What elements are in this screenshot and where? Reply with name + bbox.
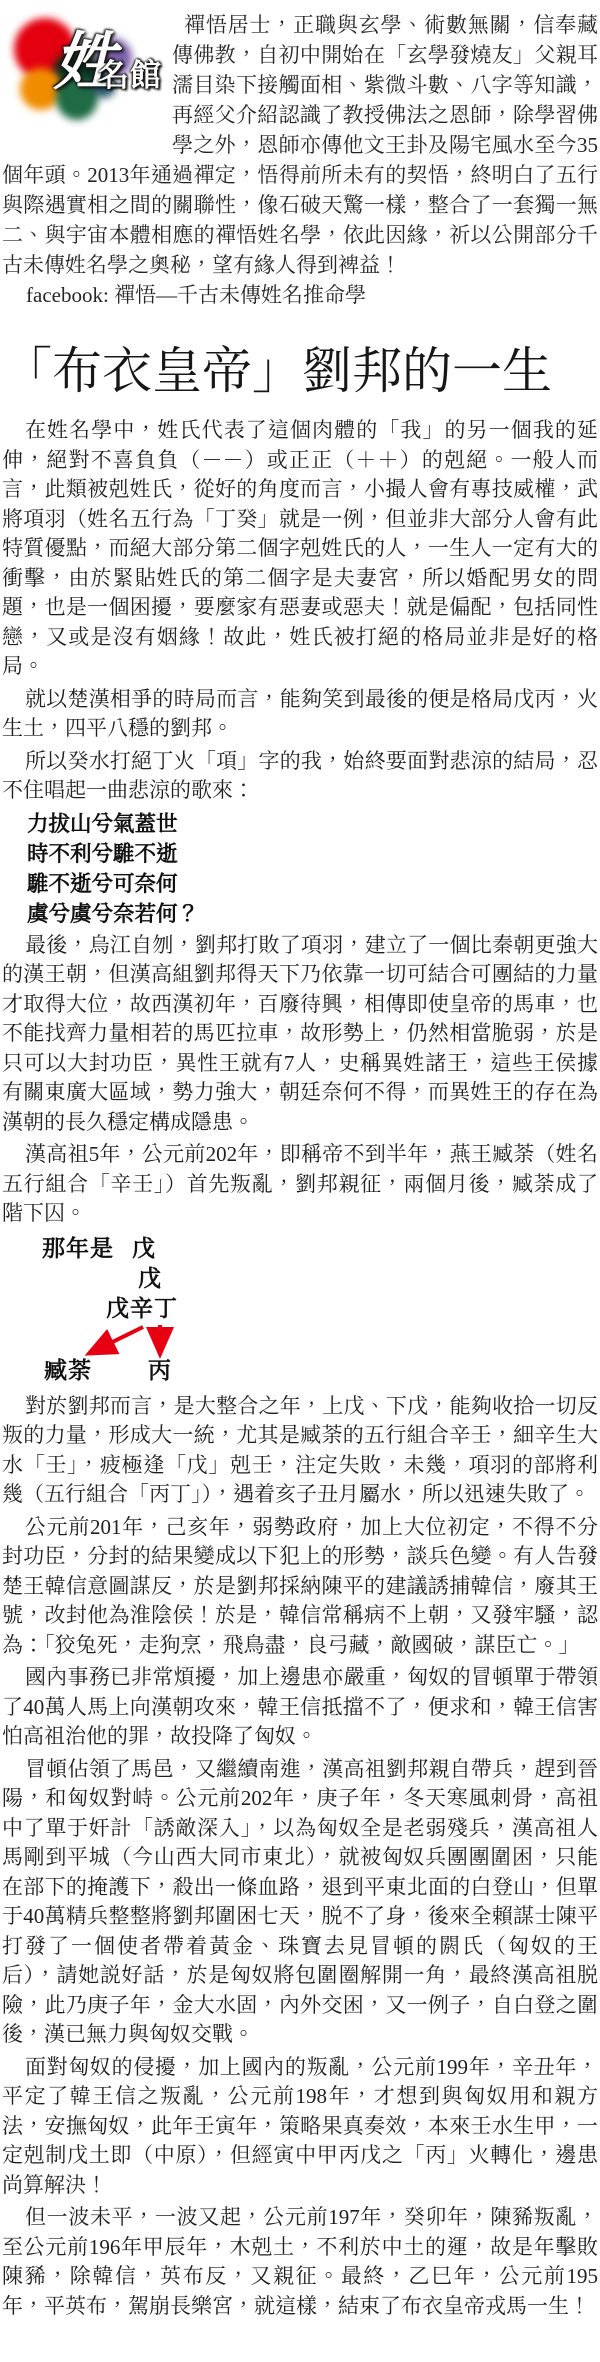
page: 姓 名館 禪悟居士，正職與玄學、術數無關，信奉藏傳佛教，自初中開始在「玄學發燒友… <box>0 0 600 2328</box>
site-header: 姓 名館 禪悟居士，正職與玄學、術數無關，信奉藏傳佛教，自初中開始在「玄學發燒友… <box>2 10 598 310</box>
article-paragraph-2: 就以楚漢相爭的時局而言，能夠笑到最後的便是格局戊丙，火生土，四平八穩的劉邦。 <box>2 685 598 744</box>
logo-text-mingguan: 名館 <box>98 60 162 93</box>
five-elements-diagram: 那年是 戊 戊 戊辛丁 臧荼 丙 <box>2 1232 598 1390</box>
article-paragraph-1: 在姓名學中，姓氏代表了這個肉體的「我」的另一個我的延伸，絕對不喜負負（－－）或正… <box>2 416 598 682</box>
poem-line-1: 力拔山兮氣蓋世 <box>2 809 598 839</box>
article-paragraph-3: 所以癸水打絕丁火「項」字的我，始終要面對悲涼的結局，忍不住唱起一曲悲涼的歌來： <box>2 747 598 806</box>
xiang-yu-poem: 力拔山兮氣蓋世 時不利兮騅不逝 騅不逝兮可奈何 虞兮虞兮奈若何？ <box>2 809 598 929</box>
facebook-line: facebook: 禪悟—千古未傳姓名推命學 <box>2 280 598 310</box>
article-paragraph-6: 對於劉邦而言，是大整合之年，上戊、下戊，能夠收拾一切反叛的力量，形成大一統，尤其… <box>2 1392 598 1510</box>
diagram-result-zangtu: 臧荼 <box>44 1358 92 1383</box>
arrow-to-zangtu <box>90 1327 143 1353</box>
diagram-arrows <box>2 1232 232 1390</box>
diagram-result-bing: 丙 <box>148 1358 172 1383</box>
article-title: 「布衣皇帝」劉邦的一生 <box>2 340 598 403</box>
article-paragraph-4: 最後，烏江自刎，劉邦打敗了項羽，建立了一個比秦朝更強大的漢王朝，但漢高組劉邦得天… <box>2 931 598 1138</box>
poem-line-3: 騅不逝兮可奈何 <box>2 869 598 899</box>
article-paragraph-9: 冒頓佔領了馬邑，又繼續南進，漢高祖劉邦親自帶兵，趕到晉陽，和匈奴對峙。公元前20… <box>2 1755 598 2050</box>
site-logo: 姓 名館 <box>6 12 162 148</box>
article-paragraph-5: 漢高祖5年，公元前202年，即稱帝不到半年，燕王臧荼（姓名五行組合「辛壬」）首先… <box>2 1140 598 1229</box>
poem-line-4: 虞兮虞兮奈若何？ <box>2 899 598 929</box>
poem-line-2: 時不利兮騅不逝 <box>2 839 598 869</box>
article-paragraph-7: 公元前201年，己亥年，弱勢政府，加上大位初定，不得不分封功臣，分封的結果變成以… <box>2 1513 598 1661</box>
article-paragraph-8: 國內事務已非常煩擾，加上邊患亦嚴重，匈奴的冒頓單于帶領了40萬人馬上向漢朝攻來，… <box>2 1663 598 1752</box>
article-paragraph-10: 面對匈奴的侵擾，加上國內的叛亂，公元前199年，辛丑年，平定了韓王信之叛亂，公元… <box>2 2053 598 2201</box>
article-paragraph-11: 但一波未平，一波又起，公元前197年，癸卯年，陳豨叛亂，至公元前196年甲辰年，… <box>2 2203 598 2321</box>
